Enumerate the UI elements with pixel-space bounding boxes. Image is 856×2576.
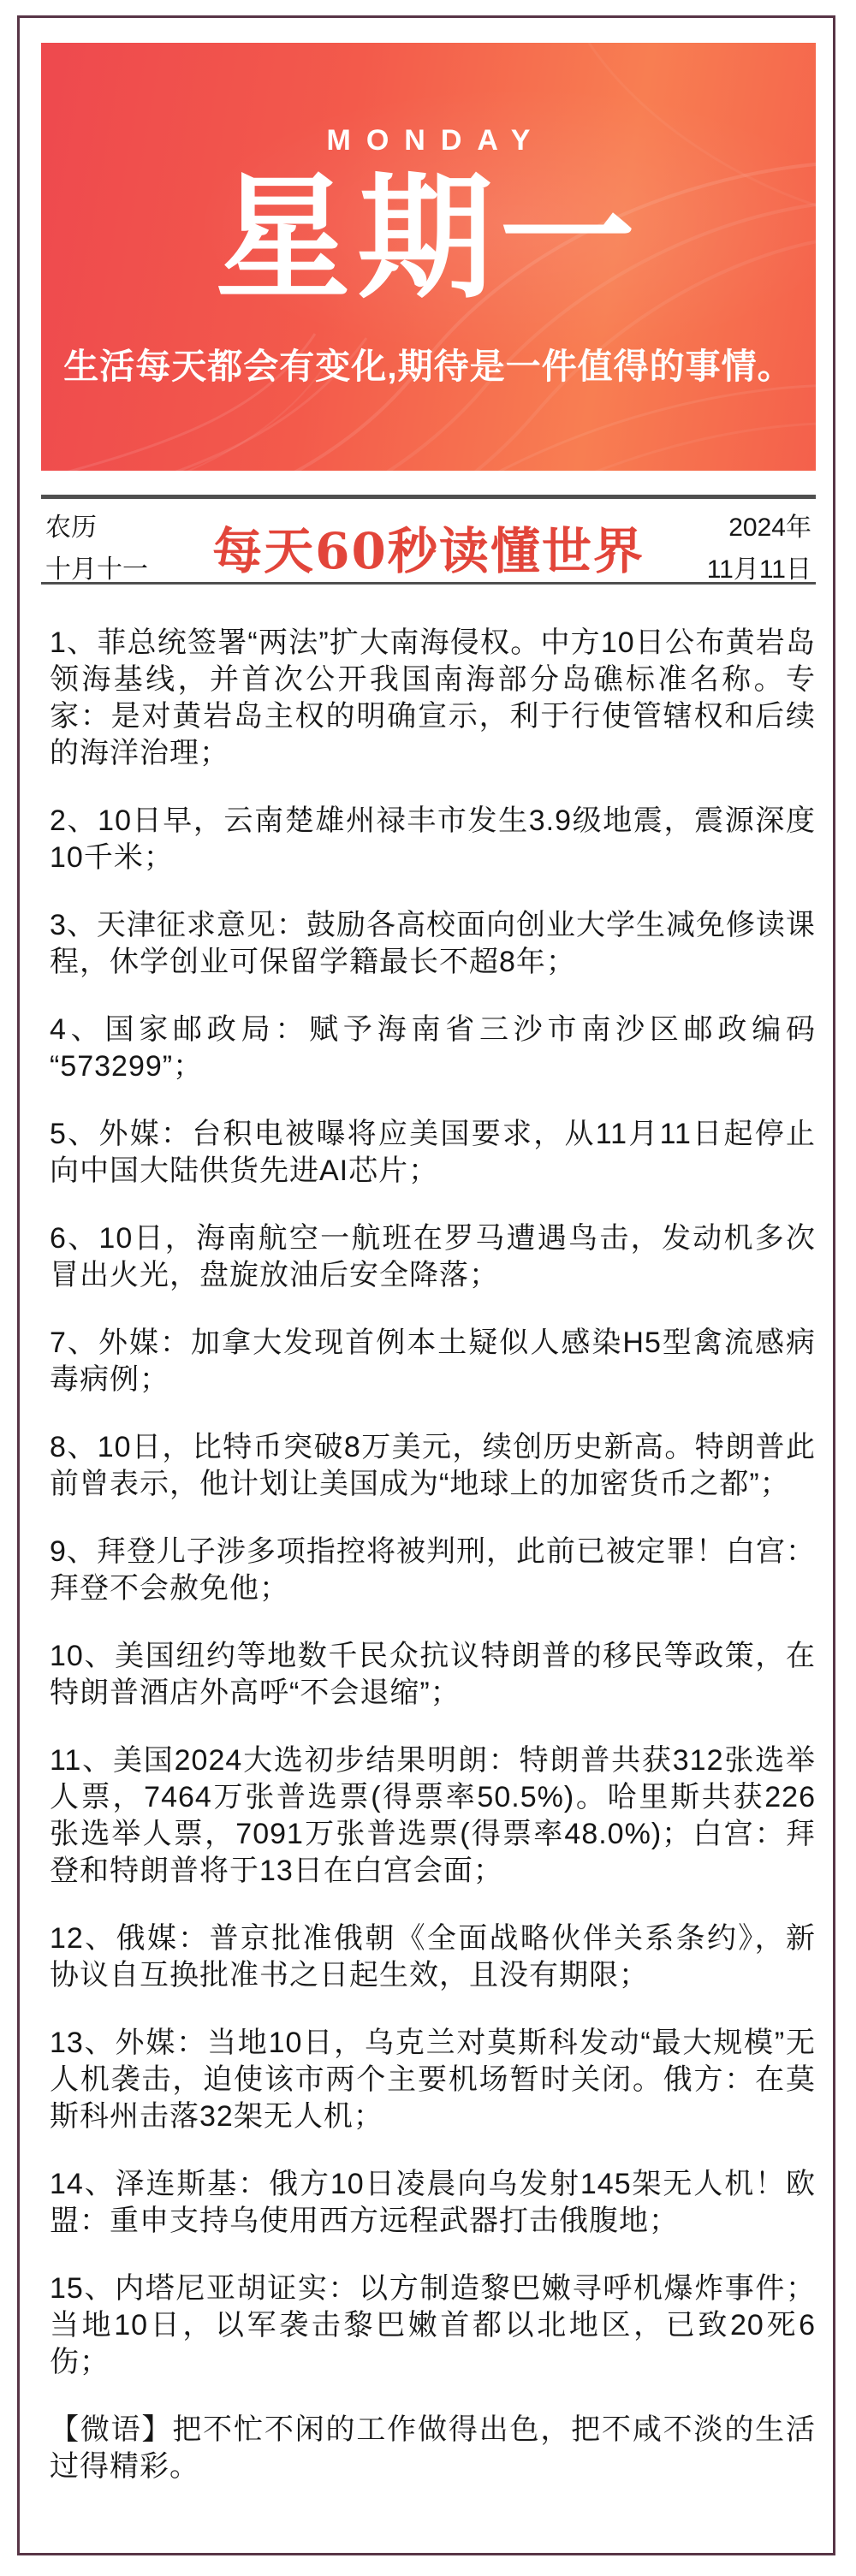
- news-item: 1、菲总统签署“两法”扩大南海侵权。中方10日公布黄岩岛领海基线，并首次公开我国…: [50, 625, 816, 772]
- weiyu-note: 【微语】把不忙不闲的工作做得出色，把不咸不淡的生活过得精彩。: [50, 2412, 816, 2485]
- banner-subtitle: 生活每天都会有变化,期待是一件值得的事情。: [41, 338, 816, 389]
- news-list: 1、菲总统签署“两法”扩大南海侵权。中方10日公布黄岩岛领海基线，并首次公开我国…: [50, 625, 816, 2485]
- year-label: 2024年: [728, 506, 811, 543]
- news-item: 4、国家邮政局：赋予海南省三沙市南沙区邮政编码“573299”；: [50, 1012, 816, 1085]
- news-item: 7、外媒：加拿大发现首例本土疑似人感染H5型禽流感病毒病例；: [50, 1325, 816, 1398]
- news-item: 8、10日，比特币突破8万美元，续创历史新高。特朗普此前曾表示，他计划让美国成为…: [50, 1429, 816, 1503]
- news-item: 3、天津征求意见：鼓励各高校面向创业大学生减免修读课程，休学创业可保留学籍最长不…: [50, 907, 816, 981]
- news-item: 10、美国纽约等地数千民众抗议特朗普的移民等政策，在特朗普酒店外高呼“不会退缩”…: [50, 1638, 816, 1712]
- news-item: 12、俄媒：普京批准俄朝《全面战略伙伴关系条约》，新协议自互换批准书之日起生效，…: [50, 1920, 816, 1994]
- news-item: 14、泽连斯基：俄方10日凌晨向乌发射145架无人机！欧盟：重申支持乌使用西方远…: [50, 2166, 816, 2240]
- news-item: 11、美国2024大选初步结果明朗：特朗普共获312张选举人票，7464万张普选…: [50, 1742, 816, 1890]
- news-item: 9、拜登儿子涉多项指控将被判刑，此前已被定罪！白宫：拜登不会赦免他；: [50, 1534, 816, 1607]
- news-item: 13、外媒：当地10日，乌克兰对莫斯科发动“最大规模”无人机袭击，迫使该市两个主…: [50, 2025, 816, 2135]
- news-item: 6、10日，海南航空一航班在罗马遭遇鸟击，发动机多次冒出火光，盘旋放油后安全降落…: [50, 1220, 816, 1294]
- date-label: 11月11日: [707, 548, 811, 585]
- news-item: 15、内塔尼亚胡证实：以方制造黎巴嫩寻呼机爆炸事件；当地10日，以军袭击黎巴嫩首…: [50, 2270, 816, 2381]
- daily-news-card: { "colors":{ "banner_red_1":"#ee494e", "…: [0, 0, 856, 2576]
- weekday-banner: MONDAY 星期一 生活每天都会有变化,期待是一件值得的事情。: [41, 43, 816, 471]
- weekday-chinese-title: 星期一: [41, 147, 816, 329]
- news-item: 2、10日早，云南楚雄州禄丰市发生3.9级地震，震源深度10千米；: [50, 803, 816, 876]
- daily-digest-title: 每天60秒读懂世界: [41, 511, 816, 583]
- date-band: 农历 十月十一 每天60秒读懂世界 2024年 11月11日: [41, 495, 816, 585]
- news-item: 5、外媒：台积电被曝将应美国要求，从11月11日起停止向中国大陆供货先进AI芯片…: [50, 1116, 816, 1190]
